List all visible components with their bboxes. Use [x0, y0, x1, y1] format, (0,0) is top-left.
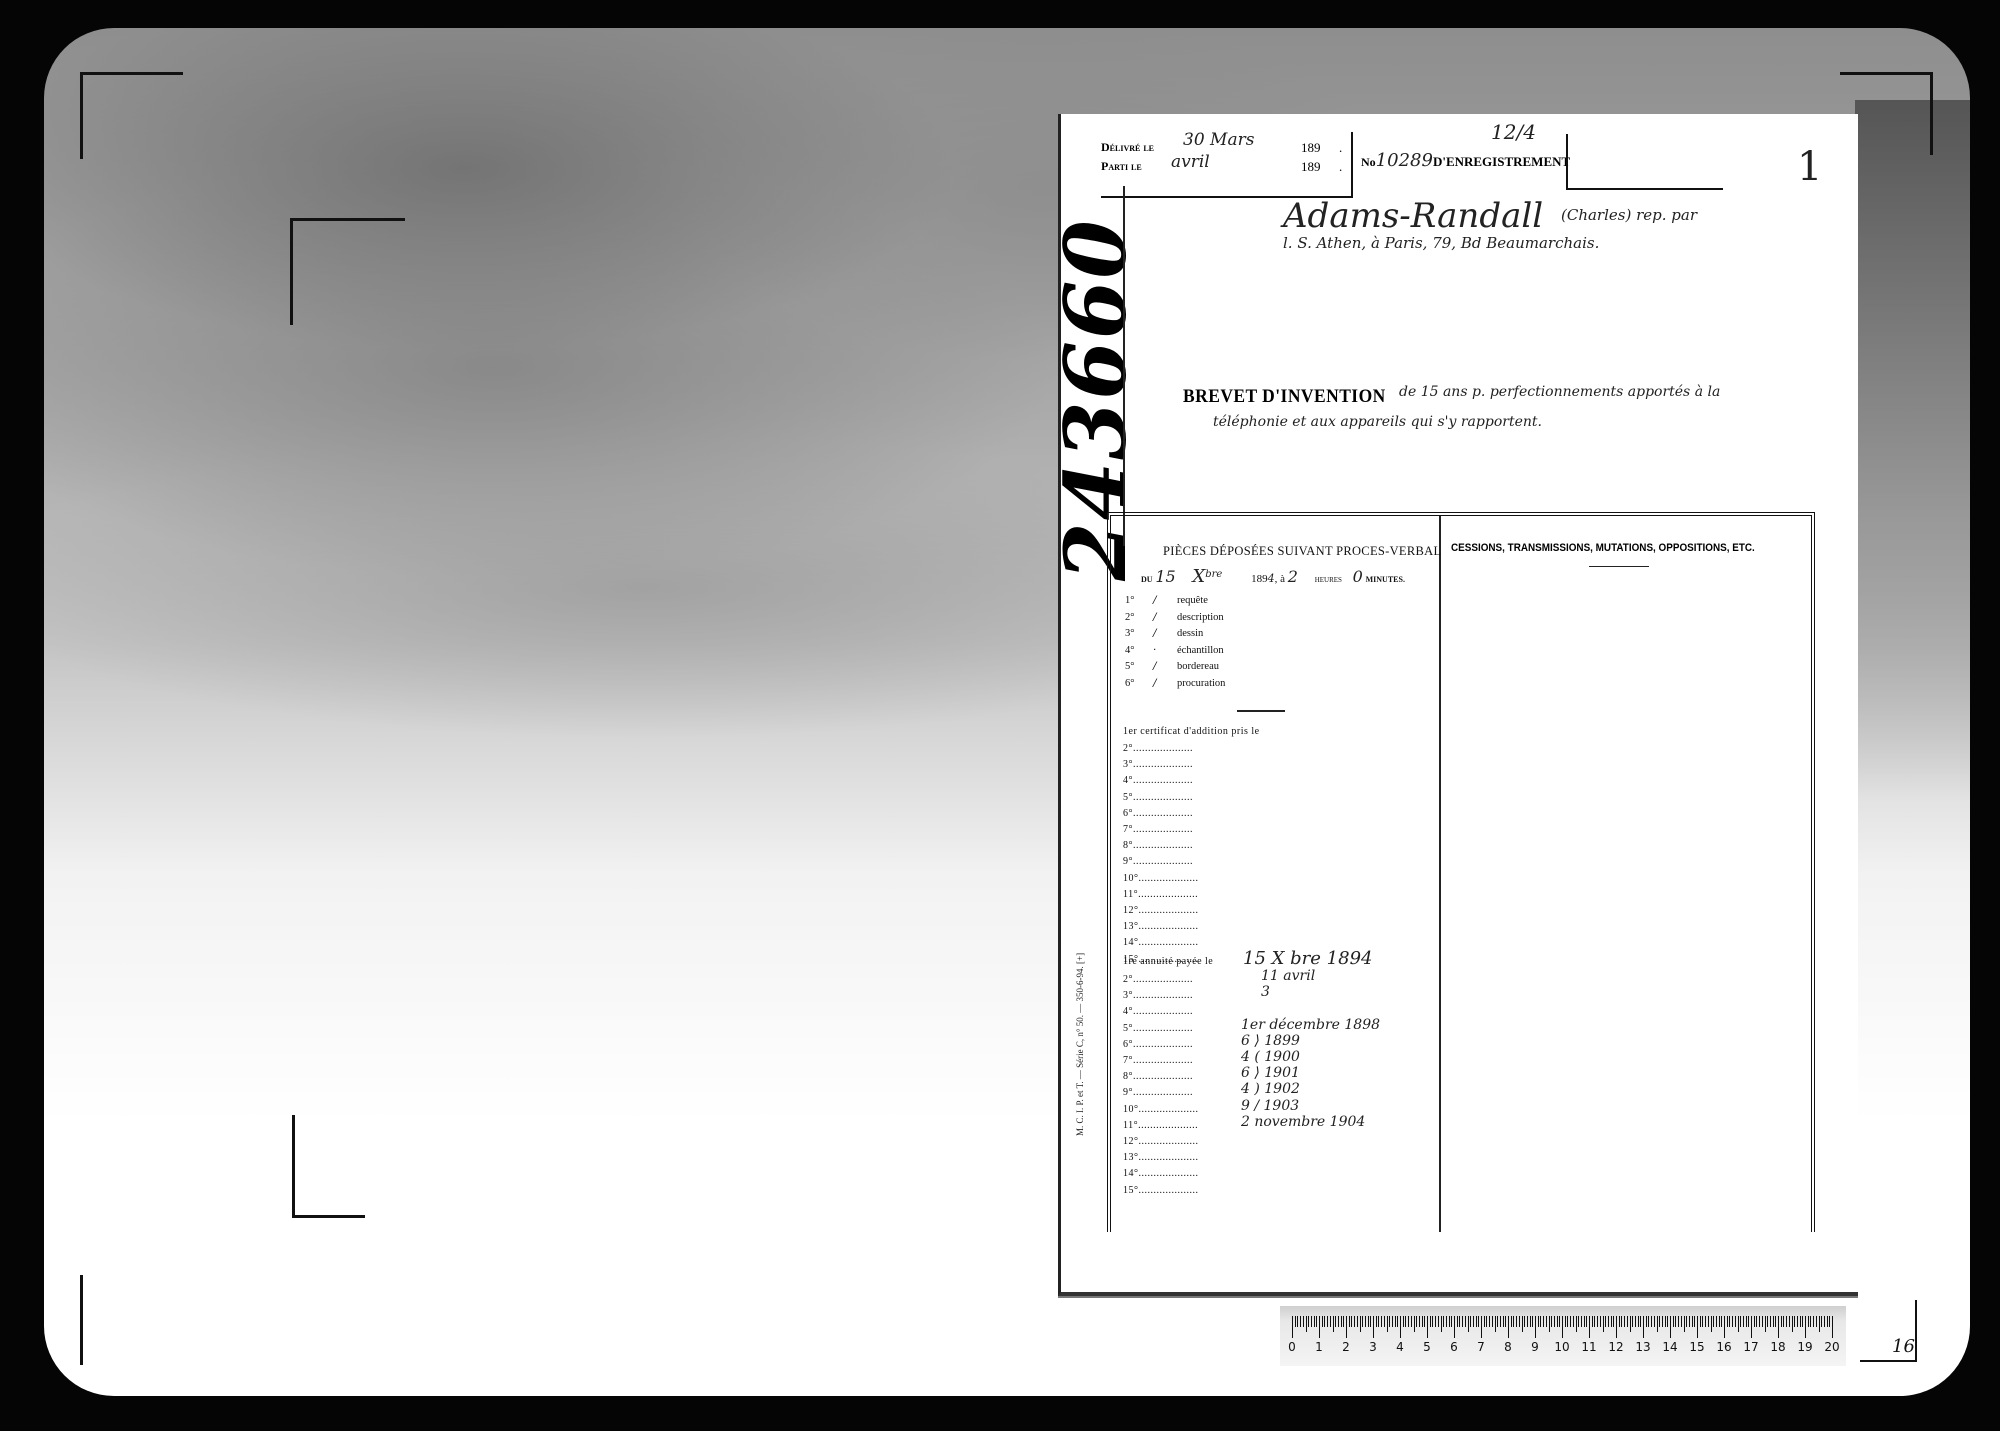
ruler-tick [1762, 1316, 1763, 1327]
annuity-row: 8°.................... [1123, 1071, 1193, 1082]
certificate-row: 5°.................... [1123, 792, 1193, 803]
certificate-row: 6°.................... [1123, 808, 1193, 819]
ruler-tick [1543, 1316, 1544, 1327]
sent-value: avril [1171, 152, 1210, 172]
ruler-tick [1729, 1316, 1730, 1327]
ruler-tick [1686, 1316, 1687, 1327]
ruler-tick [1789, 1316, 1790, 1327]
ruler-tick [1773, 1316, 1774, 1327]
ruler-tick [1827, 1316, 1828, 1327]
ruler-tick [1338, 1316, 1339, 1327]
certificate-row: 11°.................... [1123, 889, 1198, 900]
ruler-tick [1700, 1316, 1701, 1327]
ruler-tick [1557, 1316, 1558, 1327]
ruler-tick [1621, 1316, 1622, 1327]
ruler-label: 13 [1635, 1340, 1650, 1354]
ruler-tick [1327, 1316, 1328, 1327]
ruler-tick [1324, 1316, 1325, 1327]
ruler-tick [1792, 1316, 1793, 1332]
ruler-tick [1740, 1316, 1741, 1327]
ruler-tick [1684, 1316, 1685, 1332]
ruler-tick [1573, 1316, 1574, 1327]
ruler-tick [1705, 1316, 1706, 1327]
ruler-tick [1819, 1316, 1820, 1332]
year-label: 189 [1251, 573, 1268, 585]
ruler-tick [1411, 1316, 1412, 1327]
brevet-description-2: téléphonie et aux appareils qui s'y rapp… [1213, 414, 1542, 430]
ruler-tick [1376, 1316, 1377, 1327]
ruler-tick [1802, 1316, 1803, 1327]
register-table: PIÈCES DÉPOSÉES SUIVANT PROCES-VERBAL DU… [1107, 512, 1815, 1232]
pieces-rule [1237, 710, 1285, 712]
ruler-tick [1824, 1316, 1825, 1327]
certificate-row: 13°.................... [1123, 921, 1199, 932]
ruler-tick [1465, 1316, 1466, 1327]
ruler-tick [1495, 1316, 1496, 1332]
certificate-row: 10°.................... [1123, 873, 1199, 884]
piece-label: requête [1177, 595, 1208, 606]
ruler-tick [1459, 1316, 1460, 1327]
ruler-label: 20 [1824, 1340, 1839, 1354]
ruler-tick [1427, 1316, 1428, 1338]
piece-mark: · [1153, 644, 1177, 656]
ruler-label: 19 [1797, 1340, 1812, 1354]
ruler-tick [1754, 1316, 1755, 1327]
ruler-tick [1589, 1316, 1590, 1338]
ruler-tick [1292, 1316, 1293, 1338]
annuity-row: 12°.................... [1123, 1136, 1199, 1147]
du-label: DU [1141, 575, 1153, 584]
ruler-tick [1414, 1316, 1415, 1332]
ruler-tick [1794, 1316, 1795, 1327]
ruler-tick [1597, 1316, 1598, 1327]
ruler-tick [1738, 1316, 1739, 1332]
du-month-sup: bre [1205, 569, 1222, 580]
ruler-label: 15 [1689, 1340, 1704, 1354]
ruler-tick [1732, 1316, 1733, 1327]
ruler-tick [1397, 1316, 1398, 1327]
ruler-tick [1500, 1316, 1501, 1327]
ruler-tick [1346, 1316, 1347, 1338]
ruler-tick [1443, 1316, 1444, 1327]
ruler-tick [1586, 1316, 1587, 1327]
ruler-tick [1508, 1316, 1509, 1338]
piece-label: dessin [1177, 628, 1203, 639]
annuity-value: 6 ⟩ 1899 [1241, 1033, 1300, 1049]
ruler-tick [1592, 1316, 1593, 1327]
ruler-tick [1665, 1316, 1666, 1327]
hours-label: HEURES [1315, 576, 1342, 584]
ruler-tick [1673, 1316, 1674, 1327]
ruler-tick [1567, 1316, 1568, 1327]
piece-number: 3° [1125, 628, 1153, 639]
patent-number-rule [1123, 186, 1125, 546]
ruler-tick [1303, 1316, 1304, 1327]
ruler-tick [1438, 1316, 1439, 1327]
registration-box [1566, 134, 1723, 190]
certificate-row: 2°.................... [1123, 743, 1193, 754]
ruler-tick [1314, 1316, 1315, 1327]
ruler-tick [1540, 1316, 1541, 1327]
ruler-tick [1378, 1316, 1379, 1327]
piece-mark: / [1153, 627, 1177, 639]
ruler-tick [1405, 1316, 1406, 1327]
annuity-value: 9 / 1903 [1241, 1098, 1299, 1114]
ruler-tick [1630, 1316, 1631, 1332]
ruler-tick [1424, 1316, 1425, 1327]
folio-number: 16 [1892, 1336, 1915, 1357]
ruler-tick [1727, 1316, 1728, 1327]
ruler-tick [1657, 1316, 1658, 1332]
certificate-row: 14°.................... [1123, 937, 1199, 948]
delivered-label: Délivré le [1101, 140, 1154, 154]
patent-sheet: Délivré le 30 Mars 189 . Parti le avril … [1058, 114, 1858, 1296]
du-month: X [1192, 566, 1205, 587]
ruler-tick [1478, 1316, 1479, 1327]
annuity-first-value: 15 X bre 1894 [1243, 948, 1372, 969]
ruler-tick [1576, 1316, 1577, 1332]
ruler-tick [1600, 1316, 1601, 1327]
ruler-tick [1392, 1316, 1393, 1327]
minutes-value: 0 [1353, 567, 1363, 586]
ruler-tick [1468, 1316, 1469, 1332]
ruler-label: 16 [1716, 1340, 1731, 1354]
ruler-label: 10 [1554, 1340, 1569, 1354]
annuity-first-label: 1re annuité payée le [1123, 956, 1213, 967]
ruler-label: 18 [1770, 1340, 1785, 1354]
column-divider [1439, 516, 1441, 1232]
ruler-tick [1559, 1316, 1560, 1327]
ruler-tick [1432, 1316, 1433, 1327]
ruler-tick [1330, 1316, 1331, 1327]
ruler-tick [1497, 1316, 1498, 1327]
ruler-tick [1808, 1316, 1809, 1327]
ruler-label: 17 [1743, 1340, 1758, 1354]
annuity-row: 7°.................... [1123, 1055, 1193, 1066]
sheet-number: 1 [1797, 144, 1822, 190]
ruler-tick [1786, 1316, 1787, 1327]
ruler-tick [1608, 1316, 1609, 1327]
ruler-tick [1651, 1316, 1652, 1327]
ruler-tick [1662, 1316, 1663, 1327]
delivered-value: 30 Mars [1183, 130, 1254, 150]
ruler-tick [1821, 1316, 1822, 1327]
ruler-label: 7 [1477, 1340, 1485, 1354]
ruler-tick [1678, 1316, 1679, 1327]
ruler-tick [1767, 1316, 1768, 1327]
ruler-tick [1343, 1316, 1344, 1327]
ruler-tick [1395, 1316, 1396, 1327]
ruler-tick [1640, 1316, 1641, 1327]
piece-row: 3°/dessin [1125, 627, 1203, 639]
ruler-tick [1454, 1316, 1455, 1338]
ruler-tick [1716, 1316, 1717, 1327]
ruler-tick [1511, 1316, 1512, 1327]
ruler-label: 4 [1396, 1340, 1404, 1354]
ruler-tick [1578, 1316, 1579, 1327]
ruler-tick [1584, 1316, 1585, 1327]
piece-label: procuration [1177, 678, 1225, 689]
ruler-tick [1797, 1316, 1798, 1327]
minutes-label: MINUTES. [1366, 575, 1405, 584]
annuity-row: 4°.................... [1123, 1006, 1193, 1017]
ruler-tick [1503, 1316, 1504, 1327]
piece-row: 2°/description [1125, 611, 1224, 623]
ruler-tick [1322, 1316, 1323, 1327]
year-value: 4 [1268, 572, 1275, 585]
ruler-label: 8 [1504, 1340, 1512, 1354]
piece-label: échantillon [1177, 645, 1224, 656]
ruler-tick [1362, 1316, 1363, 1327]
annuity-value: 4 ( 1900 [1241, 1049, 1300, 1065]
crop-mark-bottom-left [80, 1275, 123, 1365]
ruler-tick [1349, 1316, 1350, 1327]
piece-row: 1°/requête [1125, 594, 1208, 606]
ruler-tick [1605, 1316, 1606, 1327]
ruler-tick [1667, 1316, 1668, 1327]
ruler-label: 6 [1450, 1340, 1458, 1354]
ruler-tick [1308, 1316, 1309, 1327]
scale-ruler: 01234567891011121314151617181920 [1280, 1306, 1846, 1366]
ruler-tick [1486, 1316, 1487, 1327]
ruler-label: 12 [1608, 1340, 1623, 1354]
registration: No10289D'ENREGISTREMENT [1361, 150, 1570, 171]
ruler-tick [1446, 1316, 1447, 1327]
ruler-tick [1416, 1316, 1417, 1327]
ruler-tick [1333, 1316, 1334, 1332]
ruler-tick [1813, 1316, 1814, 1327]
ruler-tick [1492, 1316, 1493, 1327]
ruler-tick [1816, 1316, 1817, 1327]
cessions-rule [1589, 566, 1649, 567]
ruler-tick [1400, 1316, 1401, 1338]
certificate-row: 12°.................... [1123, 905, 1199, 916]
certificate-row: 7°.................... [1123, 824, 1193, 835]
ruler-tick [1481, 1316, 1482, 1338]
ruler-tick [1516, 1316, 1517, 1327]
ruler-tick [1719, 1316, 1720, 1327]
annuity-row: 6°.................... [1123, 1039, 1193, 1050]
ruler-tick [1551, 1316, 1552, 1327]
certificate-first-label: 1er certificat d'addition pris le [1123, 726, 1260, 737]
series-imprint: M. C. I. P. et T. — Série C, n° 50. — 35… [1075, 953, 1085, 1136]
crop-mark-top-left [80, 72, 183, 159]
ruler-tick [1297, 1316, 1298, 1327]
ruler-tick [1765, 1316, 1766, 1332]
ruler-tick [1484, 1316, 1485, 1327]
annuity-row: 9°.................... [1123, 1087, 1193, 1098]
ruler-tick [1535, 1316, 1536, 1338]
ruler-tick [1449, 1316, 1450, 1327]
ruler-tick [1692, 1316, 1693, 1327]
sent-year: 189 [1301, 159, 1321, 175]
ruler-tick [1735, 1316, 1736, 1327]
ruler-tick [1613, 1316, 1614, 1327]
ruler-ticks: 01234567891011121314151617181920 [1292, 1316, 1832, 1356]
hour-value: 2 [1288, 567, 1298, 586]
annuity-value: 2 novembre 1904 [1241, 1114, 1365, 1130]
piece-mark: / [1153, 660, 1177, 672]
applicant-name: Adams-Randall [1283, 196, 1543, 236]
ruler-tick [1522, 1316, 1523, 1332]
ruler-tick [1624, 1316, 1625, 1327]
ruler-tick [1697, 1316, 1698, 1338]
ruler-tick [1365, 1316, 1366, 1327]
annuity-row: 13°.................... [1123, 1152, 1199, 1163]
piece-label: bordereau [1177, 661, 1219, 672]
ruler-tick [1295, 1316, 1296, 1327]
ruler-tick [1638, 1316, 1639, 1327]
ruler-tick [1570, 1316, 1571, 1327]
annuity-value: 6 ⟩ 1901 [1241, 1065, 1300, 1081]
pieces-title: PIÈCES DÉPOSÉES SUIVANT PROCES-VERBAL [1163, 544, 1441, 559]
ruler-tick [1619, 1316, 1620, 1327]
registration-number: 10289 [1376, 150, 1433, 171]
ruler-tick [1746, 1316, 1747, 1327]
ruler-tick [1457, 1316, 1458, 1327]
annuity-row: 2°.................... [1123, 974, 1193, 985]
brevet-label: BREVET D'INVENTION [1183, 386, 1386, 408]
ruler-tick [1387, 1316, 1388, 1332]
ruler-tick [1648, 1316, 1649, 1327]
ruler-label: 0 [1288, 1340, 1296, 1354]
ruler-label: 5 [1423, 1340, 1431, 1354]
piece-number: 4° [1125, 645, 1153, 656]
certificate-row: 3°.................... [1123, 759, 1193, 770]
proces-verbal-date: DU 15 Xbre 1894, à 2 HEURES 0 MINUTES. [1141, 566, 1405, 587]
ruler-tick [1654, 1316, 1655, 1327]
ruler-label: 1 [1315, 1340, 1323, 1354]
ruler-tick [1300, 1316, 1301, 1327]
ruler-tick [1451, 1316, 1452, 1327]
ruler-tick [1616, 1316, 1617, 1338]
ruler-tick [1832, 1316, 1833, 1338]
ruler-tick [1724, 1316, 1725, 1338]
ruler-tick [1675, 1316, 1676, 1327]
ruler-tick [1470, 1316, 1471, 1327]
registration-prefix: No [1361, 155, 1376, 169]
cessions-title: CESSIONS, TRANSMISSIONS, MUTATIONS, OPPO… [1451, 542, 1755, 554]
annuity-value: 3 [1261, 984, 1270, 1000]
ruler-tick [1681, 1316, 1682, 1327]
registration-label: D'ENREGISTREMENT [1433, 154, 1570, 169]
piece-label: description [1177, 612, 1224, 623]
certificate-row: 8°.................... [1123, 840, 1193, 851]
ruler-tick [1800, 1316, 1801, 1327]
ruler-tick [1354, 1316, 1355, 1327]
ruler-tick [1422, 1316, 1423, 1327]
piece-mark: / [1153, 677, 1177, 689]
ruler-tick [1530, 1316, 1531, 1327]
certificate-row: 4°.................... [1123, 775, 1193, 786]
sent-dot: . [1339, 159, 1342, 175]
ruler-tick [1770, 1316, 1771, 1327]
ruler-label: 3 [1369, 1340, 1377, 1354]
annuity-row: 15°.................... [1123, 1185, 1199, 1196]
annuity-row: 10°.................... [1123, 1104, 1199, 1115]
ruler-tick [1368, 1316, 1369, 1327]
ruler-tick [1532, 1316, 1533, 1327]
piece-number: 6° [1125, 678, 1153, 689]
ruler-tick [1316, 1316, 1317, 1327]
piece-row: 4°·échantillon [1125, 644, 1224, 656]
ruler-tick [1408, 1316, 1409, 1327]
ruler-tick [1384, 1316, 1385, 1327]
applicant-firstname: (Charles) rep. par [1561, 206, 1697, 224]
ruler-tick [1627, 1316, 1628, 1327]
ruler-tick [1430, 1316, 1431, 1327]
ruler-tick [1635, 1316, 1636, 1327]
delivered-row: Délivré le [1101, 140, 1154, 155]
ruler-tick [1513, 1316, 1514, 1327]
ruler-tick [1435, 1316, 1436, 1327]
ruler-tick [1670, 1316, 1671, 1338]
crop-mark-inner-top-left [290, 218, 405, 325]
ruler-label: 14 [1662, 1340, 1677, 1354]
piece-mark: / [1153, 594, 1177, 606]
ruler-tick [1419, 1316, 1420, 1327]
ruler-tick [1810, 1316, 1811, 1327]
ruler-tick [1462, 1316, 1463, 1327]
ruler-tick [1357, 1316, 1358, 1327]
annuity-value: 11 avril [1261, 968, 1315, 984]
ruler-tick [1319, 1316, 1320, 1338]
ruler-tick [1659, 1316, 1660, 1327]
ruler-tick [1441, 1316, 1442, 1332]
ruler-tick [1603, 1316, 1604, 1332]
a-label: à [1280, 573, 1285, 585]
ruler-tick [1554, 1316, 1555, 1327]
ruler-tick [1702, 1316, 1703, 1327]
ruler-tick [1646, 1316, 1647, 1327]
ruler-tick [1778, 1316, 1779, 1338]
ruler-tick [1538, 1316, 1539, 1327]
ruler-tick [1341, 1316, 1342, 1327]
piece-row: 6°/procuration [1125, 677, 1225, 689]
annuity-value: 1er décembre 1898 [1241, 1017, 1380, 1033]
ruler-tick [1689, 1316, 1690, 1327]
ruler-tick [1546, 1316, 1547, 1327]
ruler-tick [1743, 1316, 1744, 1327]
sent-label: Parti le [1101, 159, 1142, 173]
ruler-tick [1632, 1316, 1633, 1327]
piece-row: 5°/bordereau [1125, 660, 1219, 672]
ruler-tick [1565, 1316, 1566, 1327]
annuity-row: 3°.................... [1123, 990, 1193, 1001]
ruler-tick [1708, 1316, 1709, 1327]
ruler-tick [1694, 1316, 1695, 1327]
ruler-tick [1373, 1316, 1374, 1338]
sent-row: Parti le [1101, 159, 1142, 174]
ruler-tick [1643, 1316, 1644, 1338]
piece-mark: / [1153, 611, 1177, 623]
ruler-tick [1549, 1316, 1550, 1332]
ruler-tick [1805, 1316, 1806, 1338]
ruler-tick [1505, 1316, 1506, 1327]
board-shadow [1855, 100, 1970, 800]
ruler-tick [1829, 1316, 1830, 1327]
ruler-tick [1476, 1316, 1477, 1327]
ruler-tick [1721, 1316, 1722, 1327]
piece-number: 1° [1125, 595, 1153, 606]
ruler-tick [1306, 1316, 1307, 1332]
ruler-tick [1775, 1316, 1776, 1327]
piece-number: 2° [1125, 612, 1153, 623]
crop-mark-inner-bottom-left [292, 1115, 365, 1218]
ruler-tick [1748, 1316, 1749, 1327]
annuity-row: 14°.................... [1123, 1168, 1199, 1179]
du-day: 15 [1155, 567, 1175, 586]
